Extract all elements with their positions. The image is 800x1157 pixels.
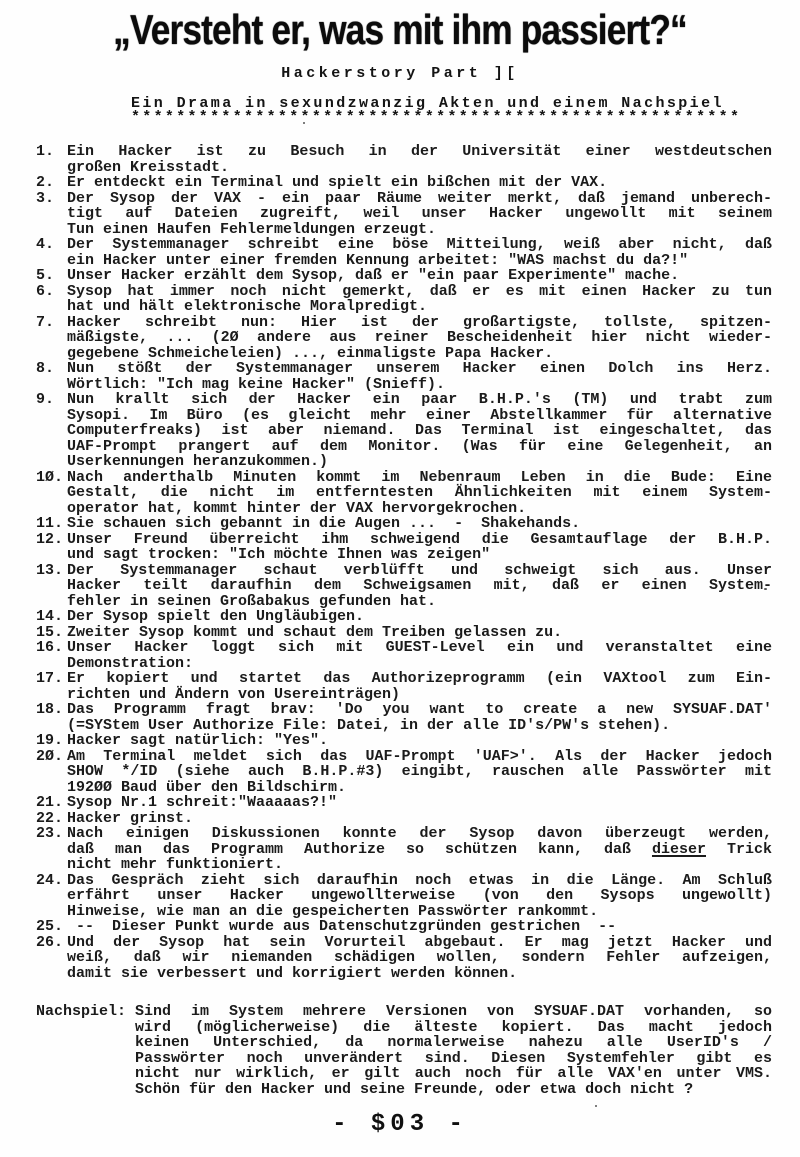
text-line: Sysopi. Im Büro (es gleicht mehr einer A… [67,408,772,424]
list-item: 7.Hacker schreibt nun: Hier ist der groß… [36,315,772,362]
page-number: - $03 - [0,1111,800,1138]
item-text: Das Programm fragt brav: 'Do you want to… [67,702,772,733]
text-line: Hacker grinst. [67,811,772,827]
item-number: 19. [36,733,67,749]
text-line: 192ØØ Baud über den Bildschirm. [67,780,772,796]
text-line: Der Systemmanager schreibt eine böse Mit… [67,237,772,253]
item-number: 26. [36,935,67,982]
list-item: 2.Er entdeckt ein Terminal und spielt ei… [36,175,772,191]
text-line: Unser Hacker erzählt dem Sysop, daß er "… [67,268,772,284]
item-text: Nun krallt sich der Hacker ein paar B.H.… [67,392,772,470]
item-text: Am Terminal meldet sich das UAF-Prompt '… [67,749,772,796]
list-item: 22.Hacker grinst. [36,811,772,827]
text-line: nicht mehr funktioniert. [67,857,772,873]
text-line: gegebene Schmeicheleien) ..., einmaligst… [67,346,772,362]
item-text: Er entdeckt ein Terminal und spielt ein … [67,175,772,191]
list-item: 13.Der Systemmanager schaut verblüfft un… [36,563,772,610]
list-item: 15.Zweiter Sysop kommt und schaut dem Tr… [36,625,772,641]
text-line: daß man das Programm Authorize so schütz… [67,842,772,858]
text-line: tigt auf Dateien zugreift, weil unser Ha… [67,206,772,222]
item-text: Er kopiert und startet das Authorizeprog… [67,671,772,702]
item-text: Sie schauen sich gebannt in die Augen ..… [67,516,772,532]
text-line: Unser Hacker loggt sich mit GUEST-Level … [67,640,772,656]
text-line: großen Kreisstadt. [67,160,772,176]
text-line: Hacker sagt natürlich: "Yes". [67,733,772,749]
text-line: Er entdeckt ein Terminal und spielt ein … [67,175,772,191]
item-number: 15. [36,625,67,641]
scan-speck [558,29,561,32]
item-number: 6. [36,284,67,315]
text-line: erfährt unser Hacker ungewollterweise (v… [67,888,772,904]
text-line: Nun krallt sich der Hacker ein paar B.H.… [67,392,772,408]
item-number: 5. [36,268,67,284]
list-item: 17.Er kopiert und startet das Authorizep… [36,671,772,702]
item-text: Sysop Nr.1 schreit:"Waaaaas?!" [67,795,772,811]
item-number: 24. [36,873,67,920]
underlined-word: dieser [652,841,706,858]
item-text: Sysop hat immer noch nicht gemerkt, daß … [67,284,772,315]
scan-speck [595,1105,597,1107]
text-line: Sie schauen sich gebannt in die Augen ..… [67,516,772,532]
list-item: 9.Nun krallt sich der Hacker ein paar B.… [36,392,772,470]
nachspiel-section: Nachspiel: Sind im System mehrere Versio… [36,1004,772,1097]
item-text: Nach anderthalb Minuten kommt im Nebenra… [67,470,772,517]
list-item: 5.Unser Hacker erzählt dem Sysop, daß er… [36,268,772,284]
item-text: Hacker grinst. [67,811,772,827]
text-line: Nach anderthalb Minuten kommt im Nebenra… [67,470,772,486]
item-number: 23. [36,826,67,873]
document-page: „Versteht er, was mit ihm passiert?“ Hac… [0,0,800,1157]
item-text: Der Systemmanager schaut verblüfft und s… [67,563,772,610]
item-text: Zweiter Sysop kommt und schaut dem Treib… [67,625,772,641]
item-text: Nach einigen Diskussionen konnte der Sys… [67,826,772,873]
item-number: 25. [36,919,67,935]
list-item: 18.Das Programm fragt brav: 'Do you want… [36,702,772,733]
list-item: 2Ø.Am Terminal meldet sich das UAF-Promp… [36,749,772,796]
list-item: 3.Der Sysop der VAX - ein paar Räume wei… [36,191,772,238]
text-line: Schön für den Hacker und seine Freunde, … [135,1082,772,1098]
text-line: Tun einen Haufen Fehlermeldungen erzeugt… [67,222,772,238]
item-text: Hacker sagt natürlich: "Yes". [67,733,772,749]
item-number: 17. [36,671,67,702]
list-item: 16.Unser Hacker loggt sich mit GUEST-Lev… [36,640,772,671]
text-line: Und der Sysop hat sein Vorurteil abgebau… [67,935,772,951]
text-line: fehler in seinen Großabakus gefunden hat… [67,594,772,610]
list-item: 19.Hacker sagt natürlich: "Yes". [36,733,772,749]
text-line: Sind im System mehrere Versionen von SYS… [135,1004,772,1020]
list-item: 11.Sie schauen sich gebannt in die Augen… [36,516,772,532]
text-line: nicht nur wirklich, er gilt auch noch fü… [135,1066,772,1082]
list-item: 26.Und der Sysop hat sein Vorurteil abge… [36,935,772,982]
item-text: Der Sysop spielt den Ungläubigen. [67,609,772,625]
item-number: 21. [36,795,67,811]
text-line: -- Dieser Punkt wurde aus Datenschutzgrü… [67,919,772,935]
text-line: Hinweise, wie man an die gespeicherten P… [67,904,772,920]
text-line: Ein Hacker ist zu Besuch in der Universi… [67,144,772,160]
list-item: 1.Ein Hacker ist zu Besuch in der Univer… [36,144,772,175]
list-item: 21.Sysop Nr.1 schreit:"Waaaaas?!" [36,795,772,811]
text-line: Das Programm fragt brav: 'Do you want to… [67,702,772,718]
text-line: Hacker schreibt nun: Hier ist der großar… [67,315,772,331]
tagline-underline-stars: ****************************************… [131,111,800,125]
text-line: Userkennungen heranzukommen.) [67,454,772,470]
list-item: 23.Nach einigen Diskussionen konnte der … [36,826,772,873]
item-text: Hacker schreibt nun: Hier ist der großar… [67,315,772,362]
text-line: richten und Ändern von Usereinträgen) [67,687,772,703]
item-number: 7. [36,315,67,362]
text-line: Sysop hat immer noch nicht gemerkt, daß … [67,284,772,300]
list-item: 4.Der Systemmanager schreibt eine böse M… [36,237,772,268]
text-line: ein Hacker unter einer fremden Kennung a… [67,253,772,269]
text-line: Der Sysop spielt den Ungläubigen. [67,609,772,625]
list-item: 25. -- Dieser Punkt wurde aus Datenschut… [36,919,772,935]
text-line: SHOW */ID (siehe auch B.H.P.#3) eingibt,… [67,764,772,780]
item-number: 1. [36,144,67,175]
text-line: Nun stößt der Systemmanager unserem Hack… [67,361,772,377]
item-number: 11. [36,516,67,532]
item-number: 12. [36,532,67,563]
item-number: 9. [36,392,67,470]
item-number: 14. [36,609,67,625]
text-line: Computerfreaks) ist aber niemand. Das Te… [67,423,772,439]
text-line: weiß, daß wir niemanden schädigen wollen… [67,950,772,966]
text-line: UAF-Prompt prangert auf dem Monitor. (Wa… [67,439,772,455]
item-text: Nun stößt der Systemmanager unserem Hack… [67,361,772,392]
text-line: Unser Freund überreicht ihm schweigend d… [67,532,772,548]
tagline-block: Ein Drama in sexundzwanzig Akten und ein… [131,97,800,125]
item-number: 2. [36,175,67,191]
list-item: 1Ø.Nach anderthalb Minuten kommt im Nebe… [36,470,772,517]
item-text: Ein Hacker ist zu Besuch in der Universi… [67,144,772,175]
text-line: wird (möglicherweise) die älteste kopier… [135,1020,772,1036]
item-number: 13. [36,563,67,610]
text-line: Passwörter noch unverändert sind. Diesen… [135,1051,772,1067]
list-item: 8.Nun stößt der Systemmanager unserem Ha… [36,361,772,392]
item-text: -- Dieser Punkt wurde aus Datenschutzgrü… [67,919,772,935]
text-line: Wörtlich: "Ich mag keine Hacker" (Snieff… [67,377,772,393]
page-title: „Versteht er, was mit ihm passiert?“ [64,6,736,54]
text-line: Das Gespräch zieht sich daraufhin noch e… [67,873,772,889]
list-item: 14.Der Sysop spielt den Ungläubigen. [36,609,772,625]
text-line: Hacker teilt daraufhin dem Schweigsamen … [67,578,772,594]
text-line: operator hat, kommt hinter der VAX hervo… [67,501,772,517]
item-text: Unser Hacker erzählt dem Sysop, daß er "… [67,268,772,284]
text-line: keinen Unterschied, da normalerweise nah… [135,1035,772,1051]
item-number: 22. [36,811,67,827]
item-text: Unser Freund überreicht ihm schweigend d… [67,532,772,563]
text-line: Demonstration: [67,656,772,672]
item-number: 3. [36,191,67,238]
text-line: damit sie verbessert und korrigiert werd… [67,966,772,982]
subtitle: Hackerstory Part ][ [0,65,800,82]
nachspiel-text: Sind im System mehrere Versionen von SYS… [135,1004,772,1097]
text-line: und sagt trocken: "Ich möchte Ihnen was … [67,547,772,563]
item-number: 16. [36,640,67,671]
text-line: (=SYStem User Authorize File: Datei, in … [67,718,772,734]
text-line: Der Systemmanager schaut verblüfft und s… [67,563,772,579]
item-number: 8. [36,361,67,392]
nachspiel-label: Nachspiel: [36,1004,126,1097]
item-text: Der Systemmanager schreibt eine böse Mit… [67,237,772,268]
text-line: Gestalt, die nicht im entferntesten Ähnl… [67,485,772,501]
text-line: Sysop Nr.1 schreit:"Waaaaas?!" [67,795,772,811]
list-item: 12.Unser Freund überreicht ihm schweigen… [36,532,772,563]
text-line: Nach einigen Diskussionen konnte der Sys… [67,826,772,842]
text-line: Der Sysop der VAX - ein paar Räume weite… [67,191,772,207]
list-item: 6.Sysop hat immer noch nicht gemerkt, da… [36,284,772,315]
scan-speck [303,122,305,124]
acts-list: 1.Ein Hacker ist zu Besuch in der Univer… [36,144,772,981]
text-line: Zweiter Sysop kommt und schaut dem Treib… [67,625,772,641]
scan-speck [764,588,767,590]
list-item: 24.Das Gespräch zieht sich daraufhin noc… [36,873,772,920]
text-line: Am Terminal meldet sich das UAF-Prompt '… [67,749,772,765]
text-line: mäßigste, ... (2Ø andere aus reiner Besc… [67,330,772,346]
item-text: Das Gespräch zieht sich daraufhin noch e… [67,873,772,920]
item-number: 2Ø. [36,749,67,796]
item-number: 18. [36,702,67,733]
item-text: Unser Hacker loggt sich mit GUEST-Level … [67,640,772,671]
item-text: Der Sysop der VAX - ein paar Räume weite… [67,191,772,238]
item-number: 4. [36,237,67,268]
text-line: Er kopiert und startet das Authorizeprog… [67,671,772,687]
item-text: Und der Sysop hat sein Vorurteil abgebau… [67,935,772,982]
text-line: hat und hält elektronische Moralpredigt. [67,299,772,315]
item-number: 1Ø. [36,470,67,517]
